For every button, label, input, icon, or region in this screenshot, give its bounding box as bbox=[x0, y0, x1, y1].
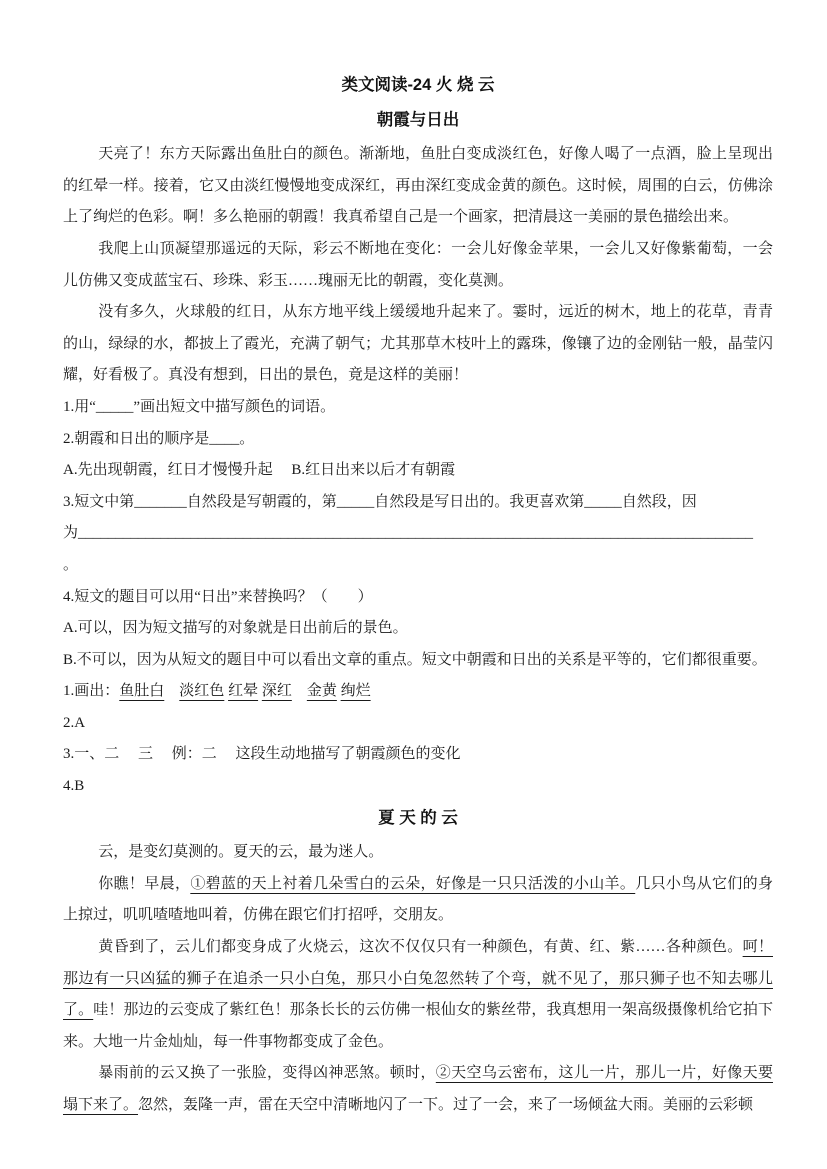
passage-paragraph: 你瞧！早晨，①碧蓝的天上衬着几朵雪白的云朵，好像是一只只活泼的小山羊。几只小鸟从… bbox=[63, 869, 773, 932]
underlined-text: 金黄 bbox=[307, 683, 337, 699]
text-segment: 你瞧！早晨， bbox=[98, 876, 190, 892]
question-line: 1.用“_____”画出短文中描写颜色的词语。 bbox=[63, 392, 773, 424]
passage-paragraph: 云，是变幻莫测的。夏天的云，最为迷人。 bbox=[63, 837, 773, 869]
section2-passage: 云，是变幻莫测的。夏天的云，最为迷人。你瞧！早晨，①碧蓝的天上衬着几朵雪白的云朵… bbox=[63, 837, 773, 1121]
passage-paragraph: 我爬上山顶凝望那遥远的天际，彩云不断地在变化：一会儿好像金苹果，一会儿又好像紫葡… bbox=[63, 234, 773, 297]
text-segment: 哇！那边的云变成了紫红色！那条长长的云仿佛一根仙女的紫丝带，我真想用一架高级摄像… bbox=[63, 1002, 773, 1050]
question-line: 。 bbox=[63, 550, 773, 582]
text-segment: 暴雨前的云又换了一张脸，变得凶神恶煞。顿时， bbox=[98, 1065, 436, 1081]
section1-questions: 1.用“_____”画出短文中描写颜色的词语。2.朝霞和日出的顺序是____。A… bbox=[63, 392, 773, 676]
section2-heading: 夏 天 的 云 bbox=[63, 803, 773, 835]
text-segment: 没有多久，火球般的红日，从东方地平线上缓缓地升起来了。霎时，远近的树木，地上的花… bbox=[63, 304, 773, 383]
answer-line: 4.B bbox=[63, 771, 773, 803]
text-segment: B.不可以，因为从短文的题目中可以看出文章的重点。短文中朝霞和日出的关系是平等的… bbox=[63, 652, 767, 668]
passage-paragraph: 暴雨前的云又换了一张脸，变得凶神恶煞。顿时，②天空乌云密布，这儿一片，那儿一片，… bbox=[63, 1058, 773, 1121]
text-segment: 3.短文中第_______自然段是写朝霞的，第_____自然段是写日出的。我更喜… bbox=[63, 494, 697, 510]
underlined-text: 淡红色 bbox=[179, 683, 224, 699]
text-segment bbox=[292, 683, 307, 699]
text-segment: 。 bbox=[63, 557, 78, 573]
text-segment: 我爬上山顶凝望那遥远的天际，彩云不断地在变化：一会儿好像金苹果，一会儿又好像紫葡… bbox=[63, 241, 773, 289]
underlined-text: 深红 bbox=[262, 683, 292, 699]
answer-line: 1.画出：鱼肚白 淡红色 红晕 深红 金黄 绚烂 bbox=[63, 676, 773, 708]
text-segment: 4.短文的题目可以用“日出”来替换吗？（ ） bbox=[63, 589, 373, 605]
text-segment: 2.A bbox=[63, 715, 85, 731]
underlined-text: ①碧蓝的天上衬着几朵雪白的云朵，好像是一只只活泼的小山羊。 bbox=[190, 876, 635, 892]
question-line: 3.短文中第_______自然段是写朝霞的，第_____自然段是写日出的。我更喜… bbox=[63, 487, 773, 519]
passage-paragraph: 黄昏到了，云儿们都变身成了火烧云，这次不仅仅只有一种颜色，有黄、红、紫……各种颜… bbox=[63, 932, 773, 1058]
text-segment: 2.朝霞和日出的顺序是____。 bbox=[63, 431, 254, 447]
question-line: 为_______________________________________… bbox=[63, 518, 773, 550]
underlined-text: 绚烂 bbox=[341, 683, 371, 699]
text-segment: 4.B bbox=[63, 778, 84, 794]
section1-heading: 朝霞与日出 bbox=[63, 105, 773, 137]
worksheet-page: 类文阅读-24 火 烧 云 朝霞与日出 天亮了！东方天际露出鱼肚白的颜色。渐渐地… bbox=[0, 0, 827, 1169]
question-line: B.不可以，因为从短文的题目中可以看出文章的重点。短文中朝霞和日出的关系是平等的… bbox=[63, 645, 773, 677]
section1-answers: 1.画出：鱼肚白 淡红色 红晕 深红 金黄 绚烂2.A3.一、二 三 例：二 这… bbox=[63, 676, 773, 802]
text-segment bbox=[164, 683, 179, 699]
passage-paragraph: 没有多久，火球般的红日，从东方地平线上缓缓地升起来了。霎时，远近的树木，地上的花… bbox=[63, 297, 773, 392]
underlined-text: 鱼肚白 bbox=[119, 683, 164, 699]
text-segment: 云，是变幻莫测的。夏天的云，最为迷人。 bbox=[98, 844, 383, 860]
question-line: A.先出现朝霞，红日才慢慢升起 B.红日出来以后才有朝霞 bbox=[63, 455, 773, 487]
text-segment: A.可以，因为短文描写的对象就是日出前后的景色。 bbox=[63, 620, 408, 636]
answer-line: 3.一、二 三 例：二 这段生动地描写了朝霞颜色的变化 bbox=[63, 739, 773, 771]
text-segment: 为_______________________________________… bbox=[63, 525, 753, 541]
passage-paragraph: 天亮了！东方天际露出鱼肚白的颜色。渐渐地，鱼肚白变成淡红色，好像人喝了一点酒，脸… bbox=[63, 139, 773, 234]
text-segment: 黄昏到了，云儿们都变身成了火烧云，这次不仅仅只有一种颜色，有黄、红、紫……各种颜… bbox=[98, 939, 742, 955]
text-segment: 天亮了！东方天际露出鱼肚白的颜色。渐渐地，鱼肚白变成淡红色，好像人喝了一点酒，脸… bbox=[63, 146, 773, 225]
section1-passage: 天亮了！东方天际露出鱼肚白的颜色。渐渐地，鱼肚白变成淡红色，好像人喝了一点酒，脸… bbox=[63, 139, 773, 392]
text-segment: 1.画出： bbox=[63, 683, 119, 699]
text-segment: 3.一、二 三 例：二 这段生动地描写了朝霞颜色的变化 bbox=[63, 746, 461, 762]
question-line: 2.朝霞和日出的顺序是____。 bbox=[63, 424, 773, 456]
text-segment: 1.用“_____”画出短文中描写颜色的词语。 bbox=[63, 399, 335, 415]
doc-title: 类文阅读-24 火 烧 云 bbox=[63, 70, 773, 102]
question-line: 4.短文的题目可以用“日出”来替换吗？（ ） bbox=[63, 582, 773, 614]
text-segment: 忽然，轰隆一声，雷在天空中清晰地闪了一下。过了一会，来了一场倾盆大雨。美丽的云彩… bbox=[138, 1097, 753, 1113]
text-segment: A.先出现朝霞，红日才慢慢升起 B.红日出来以后才有朝霞 bbox=[63, 462, 455, 478]
question-line: A.可以，因为短文描写的对象就是日出前后的景色。 bbox=[63, 613, 773, 645]
answer-line: 2.A bbox=[63, 708, 773, 740]
underlined-text: 红晕 bbox=[228, 683, 258, 699]
